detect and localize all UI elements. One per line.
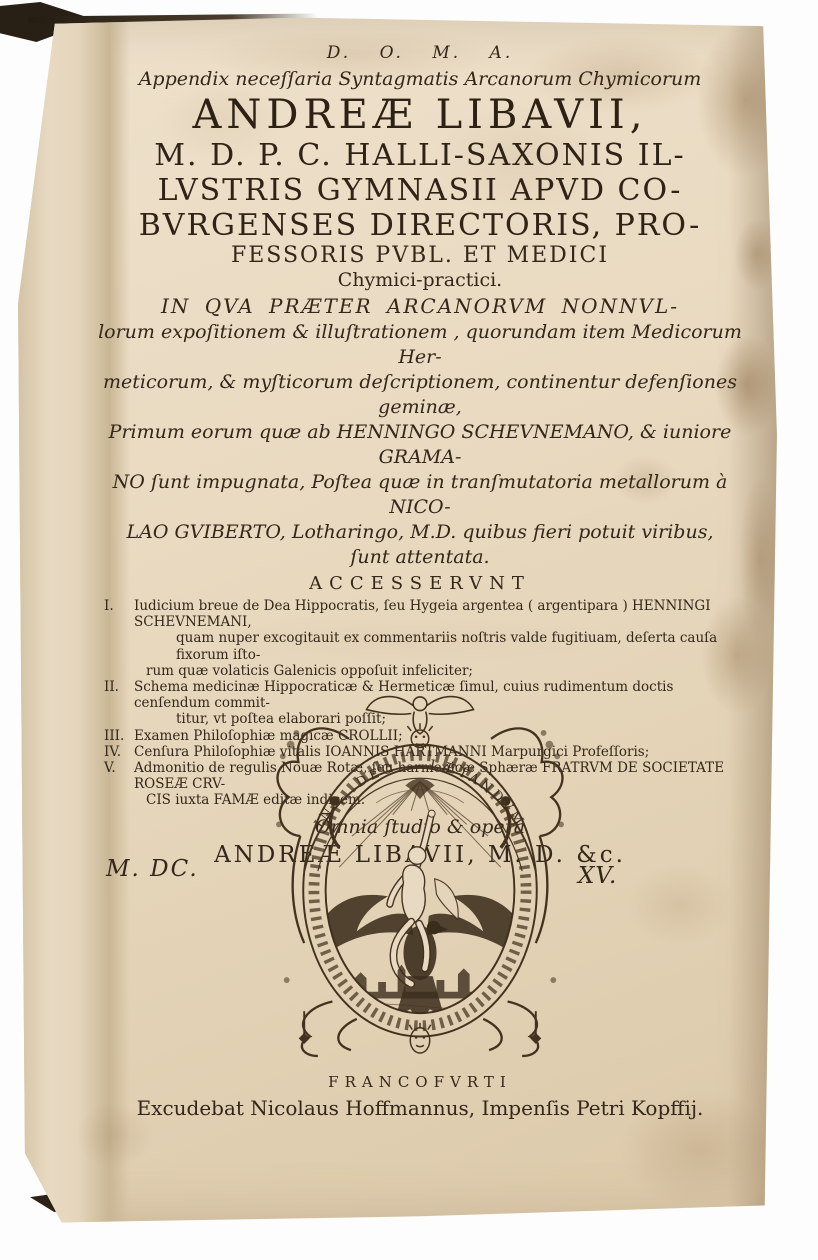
ganymede-figure <box>390 810 458 984</box>
device-row: M. DC. XV. <box>80 688 760 1060</box>
argument-line: meticorum, & myſticorum deſcriptionem, c… <box>80 370 760 420</box>
list-item: I. Iudicium breue de Dea Hippocratis, ſe… <box>104 598 736 630</box>
argument-line: LAO GVIBERTO, Lotharingo, M.D. quibus fi… <box>80 520 760 545</box>
title-page: D. O. M. A. Appendix neceſſaria Syntagma… <box>15 14 780 1226</box>
title-line: BVRGENSES DIRECTORIS, PRO- <box>80 208 760 243</box>
argument-line: ſunt attentata. <box>80 545 760 570</box>
mask-ornament <box>409 1023 430 1053</box>
book-photograph: D. O. M. A. Appendix neceſſaria Syntagma… <box>0 0 818 1260</box>
argument-lead: IN QVA PRÆTER ARCANORVM NONNVL- <box>80 292 760 320</box>
appendix-line: Appendix neceſſaria Syntagmatis Arcanoru… <box>80 66 760 92</box>
item-numeral: I. <box>104 598 134 630</box>
dedication-line: D. O. M. A. <box>80 42 760 64</box>
item-text: Iudicium breue de Dea Hippocratis, ſeu H… <box>134 598 736 630</box>
imprint-block: FRANCOFVRTI Excudebat Nicolaus Hoffmannu… <box>80 1072 760 1121</box>
item-text: quam nuper excogitauit ex commentariis n… <box>104 630 736 662</box>
argument-line: Primum eorum quæ ab HENNINGO SCHEVNEMANO… <box>80 420 760 470</box>
argument-line: NO ſunt impugnata, Poſtea quæ in tranſmu… <box>80 470 760 520</box>
accesserunt-heading: ACCESSERVNT <box>80 572 760 596</box>
printer-device-engraving: IN DEO LÆTANDVM <box>240 688 600 1060</box>
title-line: LVSTRIS GYMNASII APVD CO- <box>80 173 760 208</box>
imprint-place: FRANCOFVRTI <box>80 1072 760 1092</box>
author-title-line: ANDREÆ LIBAVII, <box>80 92 760 138</box>
title-line: FESSORIS PVBL. ET MEDICI <box>80 243 760 269</box>
title-line: M. D. P. C. HALLI-SAXONIS IL- <box>80 138 760 173</box>
date-left: M. DC. <box>106 856 199 882</box>
title-page-content: D. O. M. A. Appendix neceſſaria Syntagma… <box>80 28 760 1218</box>
imprint-printer: Excudebat Nicolaus Hoffmannus, Impenſis … <box>80 1095 760 1121</box>
dove-icon <box>405 779 434 799</box>
item-text: rum quæ volaticis Galenicis oppoſuit inf… <box>104 663 736 679</box>
title-line: Chymici-practici. <box>80 269 760 292</box>
argument-line: lorum expoſitionem & illuſtrationem , qu… <box>80 320 760 370</box>
emblem-scene <box>308 779 532 1023</box>
